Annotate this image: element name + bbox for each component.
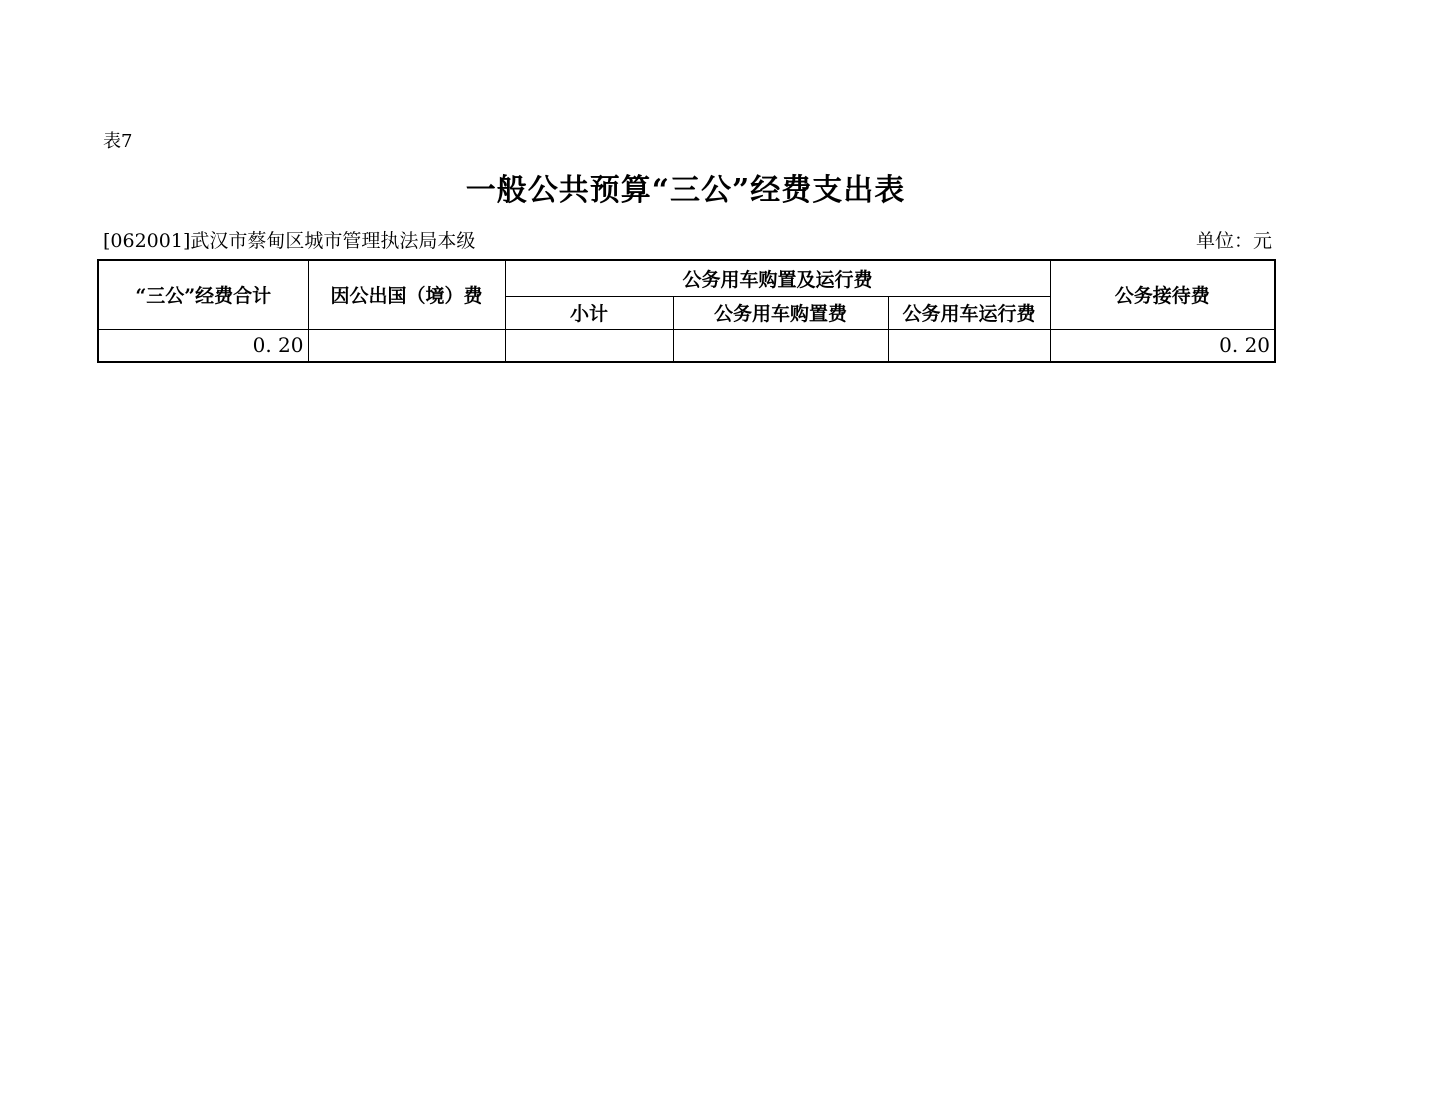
header-vehicle-purchase: 公务用车购置费: [673, 296, 888, 329]
header-vehicle-subtotal: 小计: [505, 296, 673, 329]
organization-code-name: [062001]武汉市蔡甸区城市管理执法局本级: [97, 229, 475, 253]
three-public-expense-table: “三公”经费合计 因公出国（境）费 公务用车购置及运行费 公务接待费 小计 公务…: [97, 259, 1276, 363]
cell-three-public-total: 0. 20: [98, 329, 308, 362]
header-row-group: “三公”经费合计 因公出国（境）费 公务用车购置及运行费 公务接待费: [98, 260, 1275, 296]
page-title: 一般公共预算“三公”经费支出表: [97, 171, 1274, 211]
unit-note: 单位：元: [1196, 229, 1274, 253]
cell-vehicle-operation: [888, 329, 1050, 362]
cell-vehicle-subtotal: [505, 329, 673, 362]
header-reception-expense: 公务接待费: [1050, 260, 1275, 329]
header-vehicle-operation: 公务用车运行费: [888, 296, 1050, 329]
cell-abroad-expense: [308, 329, 505, 362]
header-abroad-expense: 因公出国（境）费: [308, 260, 505, 329]
header-vehicle-group: 公务用车购置及运行费: [505, 260, 1050, 296]
document-page: 表7 一般公共预算“三公”经费支出表 [062001]武汉市蔡甸区城市管理执法局…: [0, 0, 1429, 1105]
meta-row: [062001]武汉市蔡甸区城市管理执法局本级 单位：元: [97, 229, 1274, 253]
cell-reception-expense: 0. 20: [1050, 329, 1275, 362]
table-number-label: 表7: [103, 131, 132, 153]
table-row: 0. 20 0. 20: [98, 329, 1275, 362]
cell-vehicle-purchase: [673, 329, 888, 362]
header-three-public-total: “三公”经费合计: [98, 260, 308, 329]
